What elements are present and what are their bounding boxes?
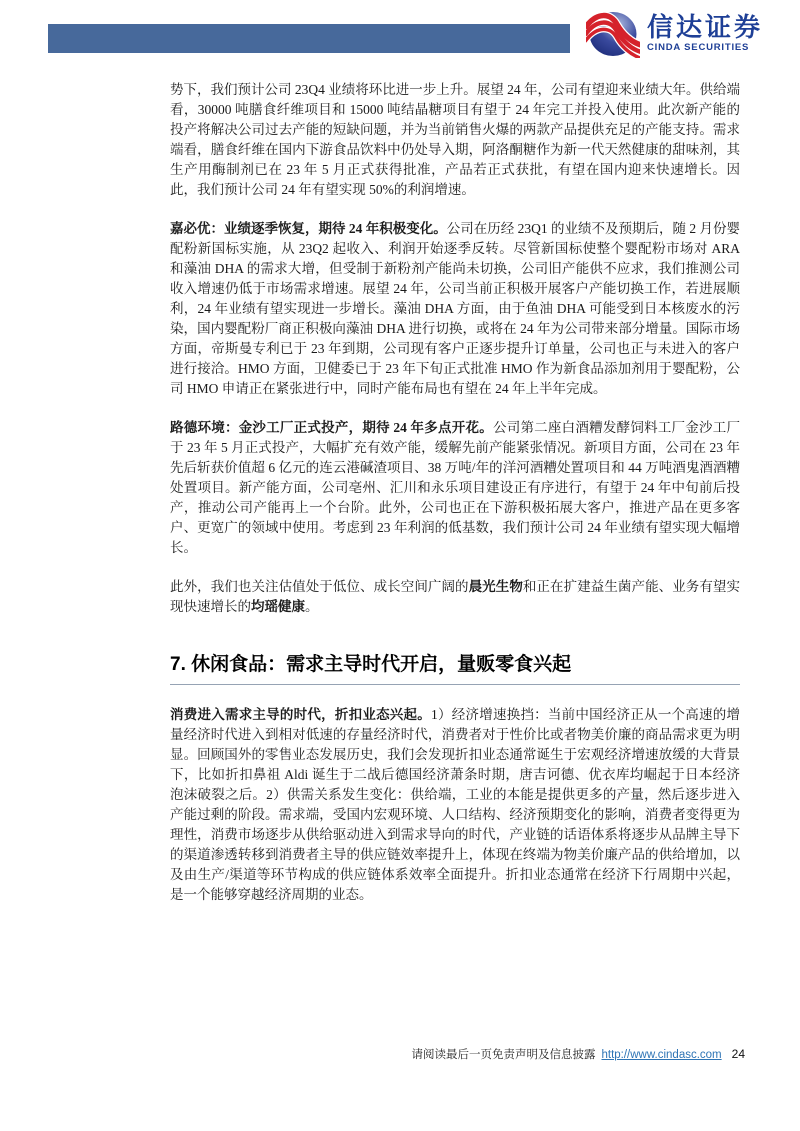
body-paragraph: 路德环境：金沙工厂正式投产，期待 24 年多点开花。公司第二座白酒糟发酵饲料工厂… [170, 418, 740, 558]
body-paragraph: 嘉必优：业绩逐季恢复，期待 24 年积极变化。公司在历经 23Q1 的业绩不及预… [170, 219, 740, 399]
header-bar [48, 24, 570, 53]
cinda-logo: 信达证券 CINDA SECURITIES [586, 8, 763, 58]
cinda-logo-cn-name: 信达证券 [647, 14, 763, 40]
paragraph-text: 1）经济增速换挡：当前中国经济正从一个高速的增量经济时代进入到相对低速的存量经济… [170, 707, 740, 902]
paragraph-text: 此外，我们也关注估值处于低位、成长空间广阔的 [170, 579, 469, 594]
report-page: 信达证券 CINDA SECURITIES 势下，我们预计公司 23Q4 业绩将… [0, 0, 800, 1131]
body-paragraph: 此外，我们也关注估值处于低位、成长空间广阔的晨光生物和正在扩建益生菌产能、业务有… [170, 577, 740, 617]
report-body: 势下，我们预计公司 23Q4 业绩将环比进一步上升。展望 24 年，公司有望迎来… [170, 80, 740, 924]
section-heading: 7. 休闲食品：需求主导时代开启，量贩零食兴起 [170, 653, 740, 685]
stock-name-bold: 均瑶健康 [251, 599, 305, 614]
paragraph-text: 。 [305, 599, 319, 614]
footer-website-link[interactable]: http://www.cindasc.com [601, 1049, 721, 1061]
paragraph-text: 公司在历经 23Q1 的业绩不及预期后，随 2 月份婴配粉新国标实施，从 23Q… [170, 221, 740, 396]
stock-name-bold: 晨光生物 [469, 579, 523, 594]
footer-disclaimer-text: 请阅读最后一页免责声明及信息披露 [411, 1046, 595, 1062]
page-footer: 请阅读最后一页免责声明及信息披露 http://www.cindasc.com … [411, 1046, 745, 1062]
body-paragraph: 消费进入需求主导的时代，折扣业态兴起。1）经济增速换挡：当前中国经济正从一个高速… [170, 705, 740, 905]
cinda-logo-globe-icon [586, 8, 640, 58]
paragraph-lead-bold: 消费进入需求主导的时代，折扣业态兴起。 [170, 707, 431, 722]
cinda-logo-en-name: CINDA SECURITIES [647, 43, 763, 53]
paragraph-lead-bold: 嘉必优：业绩逐季恢复，期待 24 年积极变化。 [170, 221, 447, 236]
body-paragraph: 势下，我们预计公司 23Q4 业绩将环比进一步上升。展望 24 年，公司有望迎来… [170, 80, 740, 200]
paragraph-text: 公司第二座白酒糟发酵饲料工厂金沙工厂于 23 年 5 月正式投产，大幅扩充有效产… [170, 420, 740, 555]
paragraph-text: 势下，我们预计公司 23Q4 业绩将环比进一步上升。展望 24 年，公司有望迎来… [170, 82, 740, 197]
cinda-logo-text: 信达证券 CINDA SECURITIES [647, 14, 763, 53]
page-number: 24 [732, 1047, 745, 1061]
paragraph-lead-bold: 路德环境：金沙工厂正式投产，期待 24 年多点开花。 [170, 420, 493, 435]
